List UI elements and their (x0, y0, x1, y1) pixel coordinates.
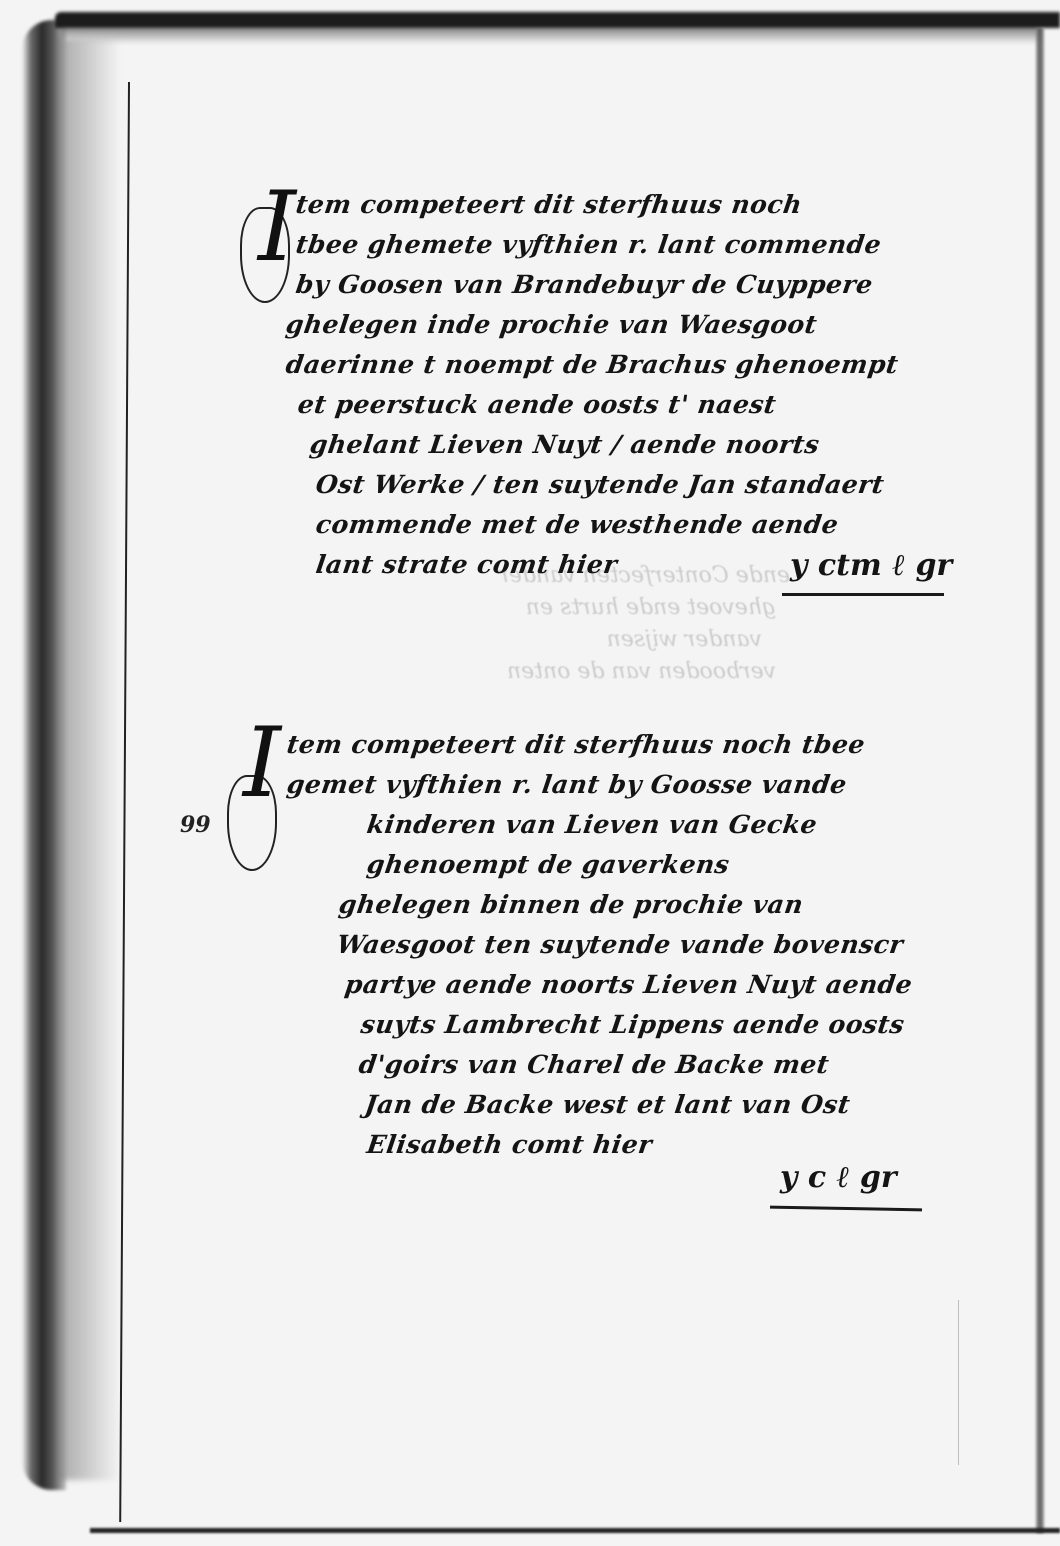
text-line: Ost Werke / ten suytende Jan standaert (313, 465, 961, 505)
text-line: et peerstuck aende oosts t' naest (295, 385, 961, 425)
page-top-edge-shadow (60, 26, 1040, 44)
manuscript-entry-1: I tem competeert dit sterfhuus noch tbee… (238, 185, 958, 585)
entry-1-amount: y ctm ℓ gr (790, 548, 952, 583)
faint-rule-line (958, 1300, 959, 1465)
entry-1-text-lines: tem competeert dit sterfhuus noch tbee g… (296, 185, 958, 585)
text-line: commende met de westhende aende (313, 505, 961, 545)
text-line: kinderen van Lieven van Gecke (364, 805, 948, 845)
text-line: d'goirs van Charel de Backe met (356, 1045, 948, 1085)
text-line: Waesgoot ten suytende vande bovenscr (334, 925, 948, 965)
text-line: tem competeert dit sterfhuus noch tbee (284, 725, 948, 765)
text-line: ghelant Lieven Nuyt / aende noorts (307, 425, 961, 465)
page-right-edge (1036, 28, 1044, 1533)
margin-note: 99 (180, 812, 211, 838)
text-line: tbee ghemete vyfthien r. lant commende (293, 225, 961, 265)
text-line: ghenoempt de gaverkens (364, 845, 948, 885)
text-line: tem competeert dit sterfhuus noch (293, 185, 961, 225)
text-line: ghelegen inde prochie van Waesgoot (283, 305, 961, 345)
page-top-edge (55, 12, 1060, 28)
decorated-initial: I (258, 179, 296, 275)
page-bottom-edge (90, 1528, 1060, 1533)
text-line: Elisabeth comt hier (364, 1125, 948, 1165)
text-line: by Goosen van Brandebuyr de Cuyppere (293, 265, 961, 305)
text-line: ghelegen binnen de prochie van (336, 885, 948, 925)
page-edge-shadow (60, 40, 120, 1480)
text-line: daerinne t noempt de Brachus ghenoempt (283, 345, 961, 385)
page-left-edge (22, 20, 66, 1490)
entry-2-amount: y c ℓ gr (780, 1160, 897, 1195)
manuscript-entry-2: I tem competeert dit sterfhuus noch tbee… (225, 725, 945, 1165)
entry-1-amount-underline (782, 593, 944, 596)
entry-2-text-lines: tem competeert dit sterfhuus noch tbee g… (287, 725, 945, 1165)
text-line: partye aende noorts Lieven Nuyt aende (342, 965, 948, 1005)
text-line: suyts Lambrecht Lippens aende oosts (358, 1005, 948, 1045)
text-line: Jan de Backe west et lant van Ost (362, 1085, 948, 1125)
decorated-initial: I (243, 715, 281, 811)
text-line: gemet vyfthien r. lant by Goosse vande (284, 765, 948, 805)
